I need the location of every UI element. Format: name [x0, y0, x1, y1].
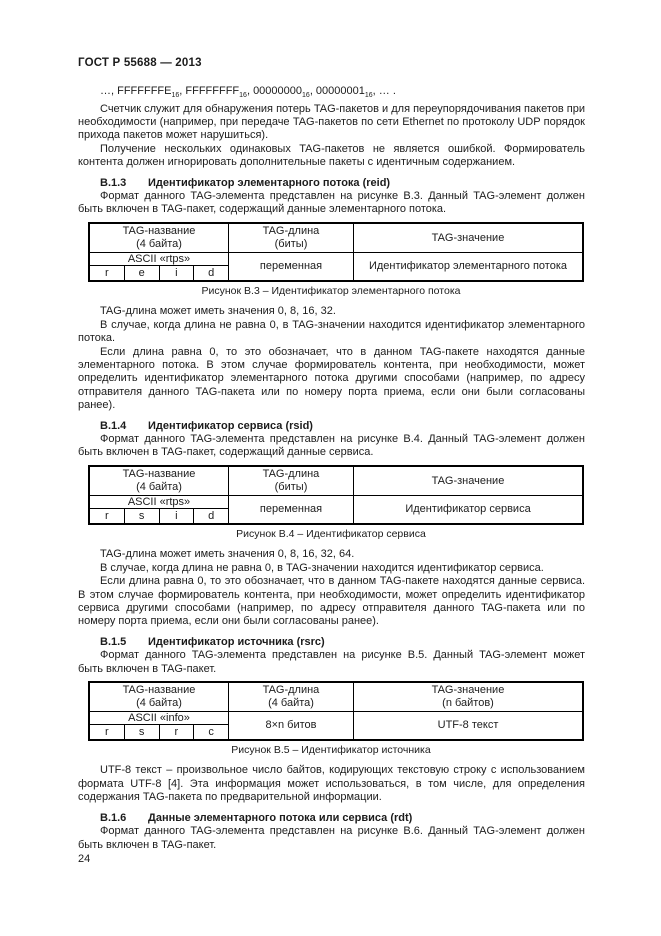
paragraph: Если длина равна 0, то это обозначает, ч…	[78, 346, 585, 413]
figure-caption: Рисунок В.3 – Идентификатор элементарног…	[88, 285, 574, 297]
figure-b4: TAG-название(4 байта) TAG-длина(биты) TA…	[88, 465, 578, 541]
figure-caption: Рисунок В.5 – Идентификатор источника	[88, 744, 574, 756]
table-header-cell: TAG-название(4 байта)	[89, 682, 229, 712]
hex-sequence-line: …, FFFFFFFE16, FFFFFFFF16, 0000000016, 0…	[78, 85, 585, 103]
hex-subscript: 16	[239, 92, 247, 99]
section-number: В.1.4	[100, 420, 148, 433]
letter-cell: i	[160, 509, 195, 523]
table-header-cell: TAG-длина(биты)	[229, 223, 354, 253]
hex-segment: , 00000001	[310, 85, 365, 97]
ascii-label-cell: ASCII «rtps»	[89, 495, 229, 509]
paragraph: Формат данного TAG-элемента представлен …	[78, 825, 585, 852]
section-heading-b16: В.1.6Данные элементарного потока или сер…	[78, 812, 585, 825]
paragraph: Если длина равна 0, то это обозначает, ч…	[78, 575, 585, 629]
section-number: В.1.6	[100, 812, 148, 825]
figure-b5: TAG-название(4 байта) TAG-длина(4 байта)…	[88, 681, 578, 757]
paragraph: UTF-8 текст – произвольное число байтов,…	[78, 764, 585, 804]
figure-table-b5: TAG-название(4 байта) TAG-длина(4 байта)…	[88, 681, 584, 742]
letter-row: rsrc	[90, 725, 228, 739]
hex-subscript: 16	[302, 92, 310, 99]
table-header-cell: TAG-значение	[354, 223, 584, 253]
letter-cell: e	[125, 266, 160, 280]
letter-cell: i	[160, 266, 195, 280]
paragraph: Счетчик служит для обнаружения потерь TA…	[78, 103, 585, 143]
document-page: ГОСТ Р 55688 — 2013 …, FFFFFFFE16, FFFFF…	[0, 0, 661, 936]
letter-cell: c	[194, 725, 228, 739]
letter-row: reid	[90, 266, 228, 280]
tag-letters-cell: rsrc	[89, 725, 229, 741]
header-line: TAG-название	[92, 684, 226, 697]
paragraph: В случае, когда длина не равна 0, в TAG-…	[78, 562, 585, 575]
header-line: (биты)	[231, 481, 351, 494]
section-heading-b14: В.1.4Идентификатор сервиса (rsid)	[78, 420, 585, 433]
header-line: (4 байта)	[92, 238, 226, 251]
section-heading-b13: В.1.3Идентификатор элементарного потока …	[78, 177, 585, 190]
ascii-label-cell: ASCII «info»	[89, 711, 229, 725]
tag-value-cell: Идентификатор сервиса	[354, 495, 584, 524]
header-line: TAG-длина	[231, 225, 351, 238]
tag-value-cell: Идентификатор элементарного потока	[354, 252, 584, 281]
header-line: (4 байта)	[231, 697, 351, 710]
hex-subscript: 16	[365, 92, 373, 99]
header-line: TAG-название	[92, 468, 226, 481]
paragraph: В случае, когда длина не равна 0, в TAG-…	[78, 319, 585, 346]
page-number: 24	[78, 853, 90, 865]
header-line: (4 байта)	[92, 481, 226, 494]
section-number: В.1.5	[100, 636, 148, 649]
document-header: ГОСТ Р 55688 — 2013	[78, 57, 585, 69]
page-content: ГОСТ Р 55688 — 2013 …, FFFFFFFE16, FFFFF…	[78, 57, 585, 852]
letter-cell: d	[194, 266, 228, 280]
header-line: TAG-значение	[356, 232, 580, 245]
letter-cell: s	[125, 509, 160, 523]
tag-length-cell: переменная	[229, 495, 354, 524]
figure-table-b3: TAG-название(4 байта) TAG-длина(биты) TA…	[88, 222, 584, 283]
header-line: TAG-длина	[231, 468, 351, 481]
table-header-cell: TAG-значение	[354, 466, 584, 496]
hex-segment: …, FFFFFFFE	[100, 85, 171, 97]
hex-segment: , … .	[373, 85, 396, 97]
table-header-cell: TAG-название(4 байта)	[89, 466, 229, 496]
ascii-label-cell: ASCII «rtps»	[89, 252, 229, 266]
header-line: TAG-длина	[231, 684, 351, 697]
paragraph: Формат данного TAG-элемента представлен …	[78, 190, 585, 217]
letter-cell: r	[90, 725, 125, 739]
tag-length-cell: 8×n битов	[229, 711, 354, 740]
section-heading-b15: В.1.5Идентификатор источника (rsrc)	[78, 636, 585, 649]
tag-value-cell: UTF-8 текст	[354, 711, 584, 740]
letter-cell: r	[90, 509, 125, 523]
letter-cell: s	[125, 725, 160, 739]
letter-row: rsid	[90, 509, 228, 523]
hex-segment: , FFFFFFFF	[179, 85, 239, 97]
figure-table-b4: TAG-название(4 байта) TAG-длина(биты) TA…	[88, 465, 584, 526]
paragraph: Формат данного TAG-элемента представлен …	[78, 649, 585, 676]
header-line: TAG-название	[92, 225, 226, 238]
paragraph: TAG-длина может иметь значения 0, 8, 16,…	[78, 305, 585, 318]
tag-length-cell: переменная	[229, 252, 354, 281]
section-title: Данные элементарного потока или сервиса …	[148, 812, 412, 824]
tag-letters-cell: rsid	[89, 509, 229, 525]
table-header-cell: TAG-значение(n байтов)	[354, 682, 584, 712]
hex-segment: , 00000000	[247, 85, 302, 97]
table-header-cell: TAG-длина(4 байта)	[229, 682, 354, 712]
paragraph: Получение нескольких одинаковых TAG-паке…	[78, 143, 585, 170]
letter-cell: r	[90, 266, 125, 280]
figure-caption: Рисунок В.4 – Идентификатор сервиса	[88, 528, 574, 540]
table-header-cell: TAG-название(4 байта)	[89, 223, 229, 253]
section-title: Идентификатор источника (rsrc)	[148, 636, 325, 648]
tag-letters-cell: reid	[89, 266, 229, 282]
figure-b3: TAG-название(4 байта) TAG-длина(биты) TA…	[88, 222, 578, 298]
section-title: Идентификатор элементарного потока (reid…	[148, 177, 390, 189]
header-line: TAG-значение	[356, 475, 580, 488]
header-line: (n байтов)	[356, 697, 580, 710]
letter-cell: d	[194, 509, 228, 523]
paragraph: TAG-длина может иметь значения 0, 8, 16,…	[78, 548, 585, 561]
header-line: (4 байта)	[92, 697, 226, 710]
section-title: Идентификатор сервиса (rsid)	[148, 420, 313, 432]
header-line: TAG-значение	[356, 684, 580, 697]
section-number: В.1.3	[100, 177, 148, 190]
table-header-cell: TAG-длина(биты)	[229, 466, 354, 496]
letter-cell: r	[160, 725, 195, 739]
header-line: (биты)	[231, 238, 351, 251]
paragraph: Формат данного TAG-элемента представлен …	[78, 433, 585, 460]
